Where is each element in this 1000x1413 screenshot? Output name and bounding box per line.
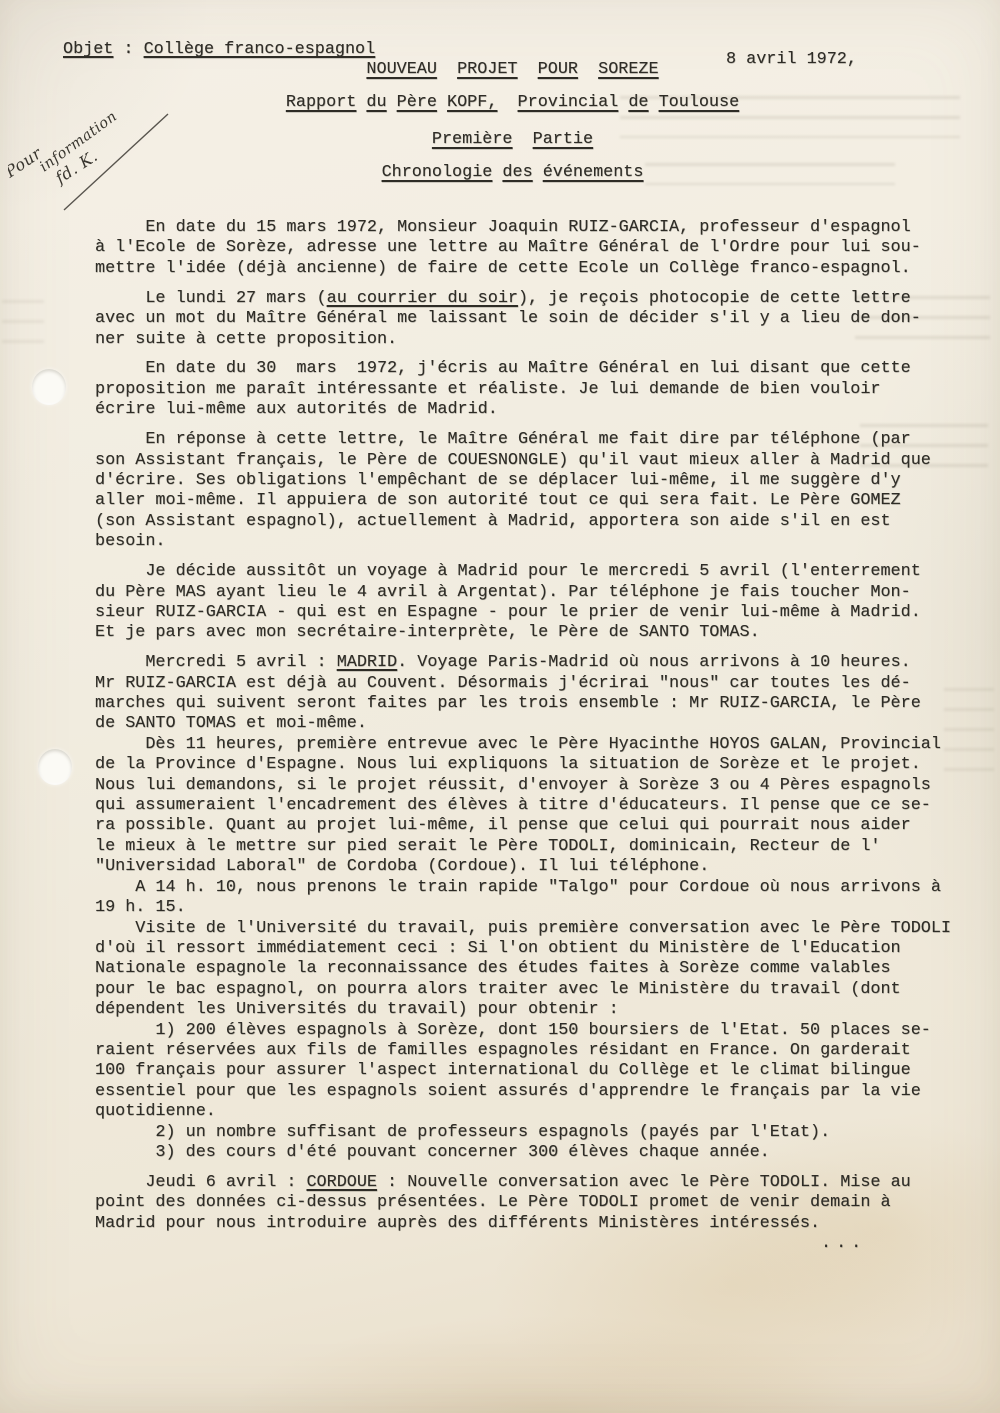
text-line: du Père MAS ayant lieu le 4 avril à Arge… (95, 583, 975, 603)
text-line: pour le bac espagnol, on pourra alors tr… (95, 980, 975, 1000)
text-line: 19 h. 15. (95, 898, 975, 918)
bleed-through-smudge (2, 300, 44, 355)
title-chronology: Chronologie des événements (25, 163, 1000, 183)
paragraph: 2) un nombre suffisant de professeurs es… (95, 1123, 975, 1143)
text-line: En date du 15 mars 1972, Monsieur Joaqui… (95, 218, 975, 238)
ellipsis-line: ... (95, 1234, 975, 1254)
subject-line: Objet : Collège franco-espagnol (63, 40, 375, 60)
paragraph: Dès 11 heures, première entrevue avec le… (95, 735, 975, 878)
text-line: aller moi-même. Il appuiera de son autor… (95, 491, 975, 511)
title-main: NOUVEAU PROJET POUR SOREZE (25, 60, 1000, 80)
text-line: 2) un nombre suffisant de professeurs es… (95, 1123, 975, 1143)
text-line: qui assumeraient l'encadrement des élève… (95, 796, 975, 816)
text-line: d'écrire. Ses obligations l'empêchant de… (95, 471, 975, 491)
paragraph: En réponse à cette lettre, le Maître Gén… (95, 430, 975, 552)
text-line: ner suite à cette proposition. (95, 330, 975, 350)
paragraph: Le lundi 27 mars (au courrier du soir), … (95, 289, 975, 350)
text-line: son Assistant français, le Père de COUES… (95, 451, 975, 471)
text-line: Jeudi 6 avril : CORDOUE : Nouvelle conve… (95, 1173, 975, 1193)
text-line: Le lundi 27 mars (au courrier du soir), … (95, 289, 975, 309)
text-line: marches qui suivent seront faites par le… (95, 694, 975, 714)
text-line: Et je pars avec mon secrétaire-interprèt… (95, 623, 975, 643)
scanned-document-page: Pour information fd. K. Objet : Collège … (0, 0, 1000, 1413)
text-line: sieur RUIZ-GARCIA - qui est en Espagne -… (95, 603, 975, 623)
text-line: 1) 200 élèves espagnols à Sorèze, dont 1… (95, 1021, 975, 1041)
paragraph: Visite de l'Université du travail, puis … (95, 919, 975, 1021)
paragraph: Je décide aussitôt un voyage à Madrid po… (95, 562, 975, 644)
text-line: proposition me paraît intéressante et ré… (95, 380, 975, 400)
text-line: point des données ci-dessus présentées. … (95, 1193, 975, 1213)
text-line: 3) des cours d'été pouvant concerner 300… (95, 1143, 975, 1163)
text-line: Mercredi 5 avril : MADRID. Voyage Paris-… (95, 653, 975, 673)
title-part: Première Partie (25, 130, 1000, 150)
paragraph: 3) des cours d'été pouvant concerner 300… (95, 1143, 975, 1163)
paragraph: A 14 h. 10, nous prenons le train rapide… (95, 878, 975, 919)
text-line: En réponse à cette lettre, le Maître Gén… (95, 430, 975, 450)
paragraph: 1) 200 élèves espagnols à Sorèze, dont 1… (95, 1021, 975, 1123)
paragraph: Mercredi 5 avril : MADRID. Voyage Paris-… (95, 653, 975, 735)
document-body: En date du 15 mars 1972, Monsieur Joaqui… (95, 218, 975, 1255)
punch-hole-bottom (38, 749, 72, 785)
text-line: (son Assistant espagnol), actuellement à… (95, 512, 975, 532)
paragraph: En date du 30 mars 1972, j'écris au Maît… (95, 359, 975, 420)
text-line: quotidienne. (95, 1102, 975, 1122)
text-line: raient réservées aux fils de familles es… (95, 1041, 975, 1061)
text-line: avec un mot du Maître Général me laissan… (95, 309, 975, 329)
title-block: NOUVEAU PROJET POUR SOREZE Rapport du Pè… (25, 60, 1000, 197)
text-line: Nous lui demandons, si le projet réussit… (95, 776, 975, 796)
text-line: essentiel pour que les espagnols soient … (95, 1082, 975, 1102)
text-line: Dès 11 heures, première entrevue avec le… (95, 735, 975, 755)
title-report: Rapport du Père KOPF, Provincial de Toul… (25, 93, 1000, 113)
text-line: Mr RUIZ-GARCIA est déjà au Couvent. Déso… (95, 674, 975, 694)
paragraph: En date du 15 mars 1972, Monsieur Joaqui… (95, 218, 975, 279)
text-line: ... (95, 1234, 975, 1254)
text-line: ra possible. Quant au projet lui-même, i… (95, 816, 975, 836)
text-line: Je décide aussitôt un voyage à Madrid po… (95, 562, 975, 582)
text-line: Nationale espagnole la reconnaissance de… (95, 959, 975, 979)
text-line: "Universidad Laboral" de Cordoba (Cordou… (95, 857, 975, 877)
text-line: 100 français pour assurer l'aspect inter… (95, 1061, 975, 1081)
text-line: à l'Ecole de Sorèze, adresse une lettre … (95, 238, 975, 258)
punch-hole-top (32, 369, 66, 405)
text-line: A 14 h. 10, nous prenons le train rapide… (95, 878, 975, 898)
paragraph: Jeudi 6 avril : CORDOUE : Nouvelle conve… (95, 1173, 975, 1234)
text-line: Visite de l'Université du travail, puis … (95, 919, 975, 939)
text-line: mettre l'idée (déjà ancienne) de faire d… (95, 259, 975, 279)
text-line: Madrid pour nous introduire auprès des d… (95, 1214, 975, 1234)
text-line: En date du 30 mars 1972, j'écris au Maît… (95, 359, 975, 379)
text-line: le mieux à le mettre sur pied serait le … (95, 837, 975, 857)
text-line: dépendent les Universités du travail) po… (95, 1000, 975, 1020)
text-line: écrire lui-même aux autorités de Madrid. (95, 400, 975, 420)
text-line: de la Province d'Espagne. Nous lui expli… (95, 755, 975, 775)
text-line: besoin. (95, 532, 975, 552)
text-line: d'où il ressort immédiatement ceci : Si … (95, 939, 975, 959)
text-line: de SANTO TOMAS et moi-même. (95, 714, 975, 734)
